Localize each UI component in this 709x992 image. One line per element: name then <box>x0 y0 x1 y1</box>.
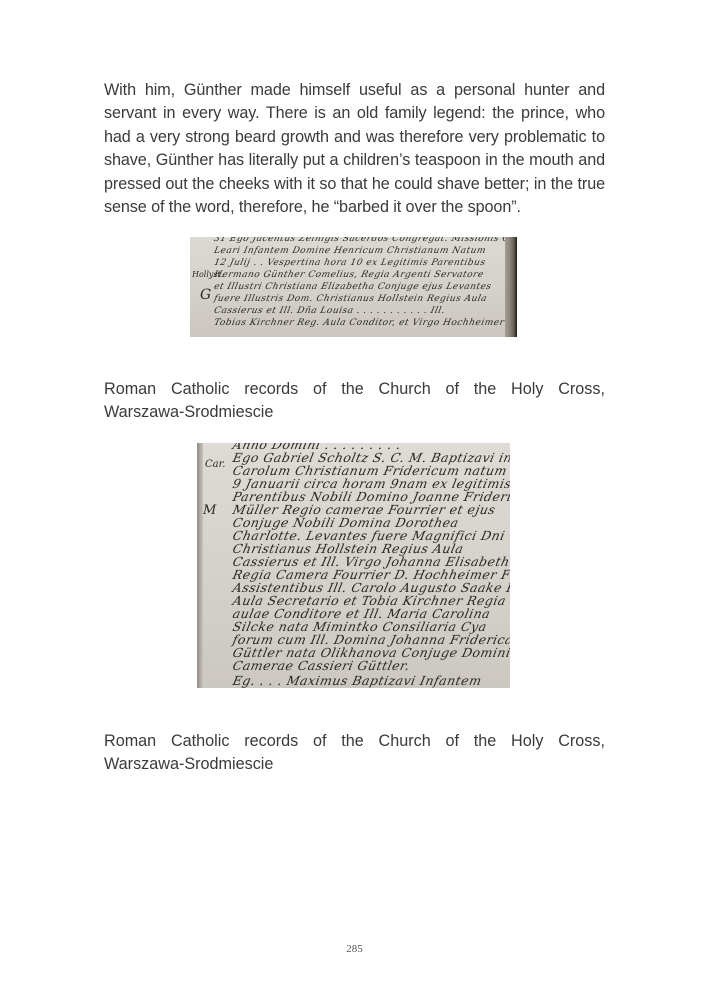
caption-line: Roman Catholic records of the Church of … <box>104 378 605 401</box>
margin-note: G <box>200 287 211 303</box>
page-number: 285 <box>0 943 709 955</box>
script-line: Leari Infantem Domine Henricum Christian… <box>190 246 517 256</box>
script-line: et Illustri Christiana Elizabetha Conjug… <box>190 282 517 292</box>
margin-note: M <box>203 503 216 518</box>
script-line: Eg. . . . Maximus Baptizavi Infantem <box>197 673 510 688</box>
margin-note: Hollyst. <box>192 270 223 279</box>
book-spine-shadow <box>505 237 517 337</box>
scanned-register-image-1: 31 Ego Jacentus Zelnigis Sacerdos Congre… <box>190 237 517 337</box>
figure-caption-2: Roman Catholic records of the Church of … <box>104 730 605 777</box>
script-line: Camerae Cassieri Güttler. <box>197 658 510 673</box>
scanned-register-image-2: Anno Domini . . . . . . . . . Ego Gabrie… <box>197 443 510 688</box>
script-line: 31 Ego Jacentus Zelnigis Sacerdos Congre… <box>190 237 517 244</box>
script-line: 12 Julij . . Vespertina hora 10 ex Legit… <box>190 258 517 268</box>
script-line: Tobias Kirchner Reg. Aula Conditor, et V… <box>190 318 517 328</box>
script-line: Hermano Günther Comelius, Regia Argenti … <box>190 270 517 280</box>
body-paragraph: With him, Günther made himself useful as… <box>104 79 605 219</box>
script-line: fuere Illustris Dom. Christianus Hollste… <box>190 294 517 304</box>
caption-line: Warszawa-Srodmiescie <box>104 401 605 424</box>
margin-note: Car. <box>205 459 225 470</box>
document-page: With him, Günther made himself useful as… <box>0 0 709 992</box>
figure-caption-1: Roman Catholic records of the Church of … <box>104 378 605 425</box>
caption-line: Warszawa-Srodmiescie <box>104 753 605 776</box>
caption-line: Roman Catholic records of the Church of … <box>104 730 605 753</box>
script-line: Cassierus et Ill. Dña Louisa . . . . . .… <box>190 306 517 316</box>
